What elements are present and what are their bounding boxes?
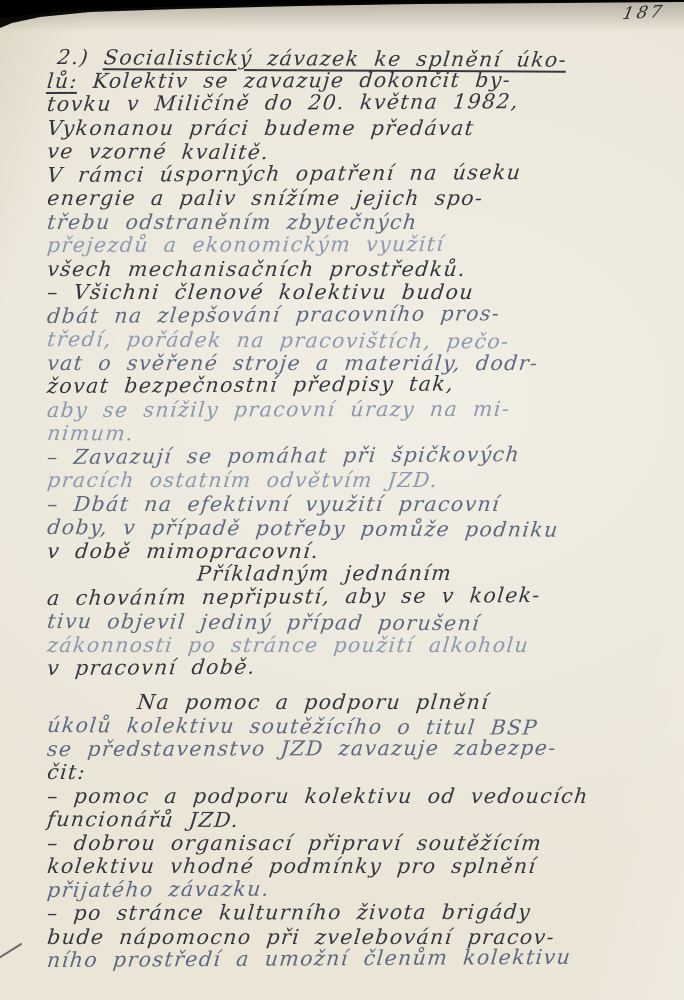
line-text: V rámci úsporných opatření na úseku (46, 160, 523, 187)
scan-edge-shadow (0, 0, 684, 40)
handwriting-lines: 2.) Socialistický závazek ke splnění úko… (46, 46, 668, 973)
line-text: – pomoc a podporu kolektivu od vedoucích (46, 784, 590, 808)
line-text: aby se snížily pracovní úrazy na mi- (46, 396, 511, 421)
handwritten-line: – po stránce kulturního života brigády (46, 900, 670, 925)
line-text: v době mimopracovní. (46, 539, 320, 563)
line-text: Na pomoc a podporu plnění (136, 690, 491, 714)
handwritten-line: přijatého závazku. (46, 875, 671, 902)
scanned-document-page: { "page": { "number": "187", "kind": "sc… (0, 0, 684, 1000)
handwritten-line: přejezdů a ekonomickým využití (46, 232, 670, 257)
handwritten-line: Na pomoc a podporu plnění (46, 691, 670, 715)
handwritten-line: tovku v Miličíně do 20. května 1982, (46, 89, 671, 116)
handwritten-line: energie a paliv snížíme jejich spo- (46, 187, 670, 211)
line-text: čit: (46, 760, 87, 784)
line-text: – po stránce kulturního života brigády (46, 900, 532, 925)
line-text: pracích ostatním odvětvím JZD. (46, 468, 439, 492)
line-text: zákonnosti po stránce použití alkoholu (46, 633, 530, 657)
handwritten-text-block: 2.) Socialistický závazek ke splnění úko… (46, 46, 668, 973)
handwritten-line: v době mimopracovní. (46, 540, 670, 564)
handwritten-line: čit: (46, 761, 670, 785)
handwritten-line: žovat bezpečnostní předpisy tak, (46, 371, 671, 398)
line-text: energie a paliv snížíme jejich spo- (46, 186, 485, 210)
handwritten-line: třebu odstraněním zbytečných (46, 211, 670, 235)
line-text: funcionářů JZD. (46, 807, 241, 832)
handwritten-line: a chováním nepřipustí, aby se v kolek- (46, 583, 671, 610)
handwritten-line: – Dbát na efektivní využití pracovní (46, 493, 670, 517)
line-text: ního prostředí a umožní členům kolektivu (46, 945, 572, 972)
handwritten-line: aby se snížily pracovní úrazy na mi- (46, 397, 670, 422)
line-text: – Dbát na efektivní využití pracovní (46, 492, 501, 516)
line-text: ve vzorné kvalitě. (46, 139, 271, 164)
handwritten-line: Příkladným jednáním (46, 561, 670, 586)
line-text: dbát na zlepšování pracovního pros- (46, 301, 501, 328)
line-text: – dobrou organisací připraví soutěžícím (46, 831, 543, 855)
scan-edge-top (0, 0, 684, 34)
handwritten-line: – dobrou organisací připraví soutěžícím (46, 832, 670, 856)
line-text: vat o svěřené stroje a materiály, dodr- (46, 351, 540, 375)
handwritten-line: V rámci úsporných opatření na úseku (46, 160, 671, 187)
page-number: 187 (620, 2, 666, 24)
line-text: Příkladným jednáním (196, 561, 453, 586)
line-text: nimum. (46, 421, 135, 445)
line-text: tivu objevil jediný případ porušení (46, 609, 481, 635)
handwritten-line: všech mechanisačních prostředků. (46, 258, 670, 282)
handwritten-line: – pomoc a podporu kolektivu od vedoucích (46, 785, 670, 809)
handwritten-line: pracích ostatním odvětvím JZD. (46, 469, 670, 493)
line-text: všech mechanisačních prostředků. (46, 257, 467, 281)
line-text: a chováním nepřipustí, aby se v kolek- (46, 582, 542, 609)
line-text: tovku v Miličíně do 20. května 1982, (46, 89, 520, 116)
line-text: – Všichni členové kolektivu budou (46, 280, 475, 304)
line-text: třebu odstraněním zbytečných (46, 210, 419, 234)
underlined-heading-text: lů: (46, 68, 79, 92)
handwritten-line: se představenstvo JZD zavazuje zabezpe- (46, 736, 670, 761)
line-text: tředí, pořádek na pracovištích, pečo- (46, 327, 511, 353)
line-text: žovat bezpečnostní předpisy tak, (46, 372, 455, 398)
line-text: v pracovní době. (46, 655, 257, 680)
line-text: 2.) (56, 45, 105, 69)
handwritten-line: ního prostředí a umožní členům kolektivu (46, 945, 671, 972)
handwritten-line: Vykonanou práci budeme předávat (46, 117, 670, 141)
handwritten-line: v pracovní době. (46, 653, 671, 680)
line-text: kolektivu vhodné podmínky pro splnění (46, 854, 538, 878)
line-text: přijatého závazku. (46, 876, 271, 901)
handwritten-line: dbát na zlepšování pracovního pros- (46, 301, 671, 328)
line-text: se představenstvo JZD zavazuje zabezpe- (46, 735, 558, 760)
stray-pen-mark (0, 943, 22, 960)
line-text: Vykonanou práci budeme předávat (46, 116, 476, 140)
line-text: doby, v případě potřeby pomůže podniku (46, 515, 560, 542)
handwritten-line: – Zavazují se pomáhat při špičkových (46, 442, 671, 469)
line-text: přejezdů a ekonomickým využití (46, 232, 445, 257)
line-text: – Zavazují se pomáhat při špičkových (46, 442, 521, 469)
